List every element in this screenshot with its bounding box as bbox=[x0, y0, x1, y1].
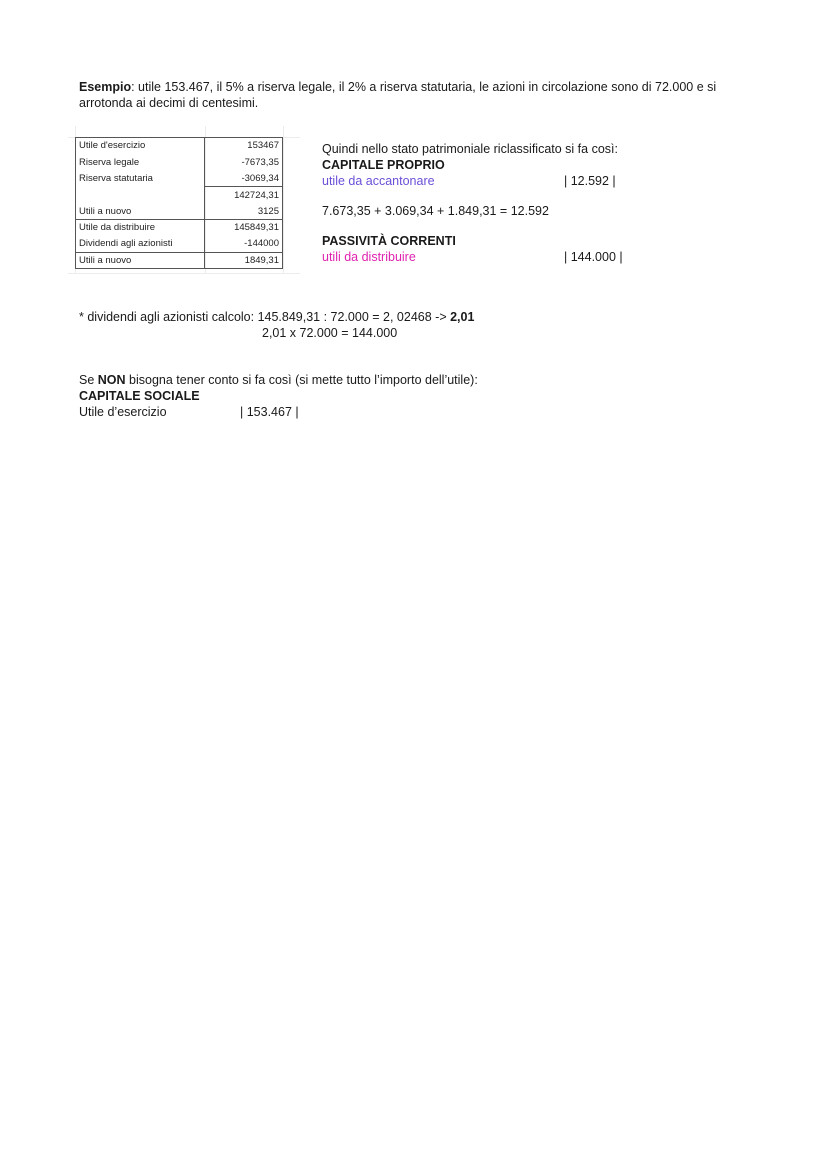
section-title-text: PASSIVITÀ CORRENTI bbox=[322, 234, 456, 248]
cell-label: Riserva legale bbox=[76, 154, 205, 170]
alt-prefix: Se bbox=[79, 373, 98, 387]
table-row: Riserva legale -7673,35 bbox=[76, 154, 283, 170]
item-value: | 12.592 | bbox=[564, 173, 616, 189]
cell-label: Utile da distribuire bbox=[76, 219, 205, 235]
calc-line2: 2,01 x 72.000 = 144.000 bbox=[262, 325, 397, 341]
section-title-capitale-sociale: CAPITALE SOCIALE bbox=[79, 388, 579, 404]
cell-value: 145849,31 bbox=[205, 219, 283, 235]
cell-value: -3069,34 bbox=[205, 170, 283, 186]
table-row: Riserva statutaria -3069,34 bbox=[76, 170, 283, 186]
cell-label: Utili a nuovo bbox=[76, 203, 205, 219]
item-utile-esercizio: Utile d’esercizio | 153.467 | bbox=[79, 404, 579, 420]
cell-label: Dividendi agli azionisti bbox=[76, 236, 205, 252]
dividend-calculation: * dividendi agli azionisti calcolo: 145.… bbox=[79, 309, 559, 325]
item-value: | 144.000 | bbox=[564, 249, 623, 265]
balance-sheet-notes: Quindi nello stato patrimoniale riclassi… bbox=[322, 141, 642, 265]
notes-intro: Quindi nello stato patrimoniale riclassi… bbox=[322, 141, 642, 157]
cell-value: 153467 bbox=[205, 138, 283, 154]
example-text: : utile 153.467, il 5% a riserva legale,… bbox=[79, 80, 716, 110]
cell-value: -144000 bbox=[205, 236, 283, 252]
table-row: Utili a nuovo 1849,31 bbox=[76, 252, 283, 268]
cell-value: 142724,31 bbox=[205, 187, 283, 203]
spacer bbox=[322, 219, 642, 233]
cell-label: Utili a nuovo bbox=[76, 252, 205, 268]
alt-intro: Se NON bisogna tener conto si fa così (s… bbox=[79, 372, 579, 388]
item-utili-distribuire: utili da distribuire | 144.000 | bbox=[322, 249, 642, 265]
alt-bold: NON bbox=[98, 373, 126, 387]
section-title-text: CAPITALE SOCIALE bbox=[79, 389, 200, 403]
spacer bbox=[322, 189, 642, 203]
cell-value: -7673,35 bbox=[205, 154, 283, 170]
gridline bbox=[68, 273, 300, 274]
table-row: 142724,31 bbox=[76, 187, 283, 203]
calc-line1-text: * dividendi agli azionisti calcolo: 145.… bbox=[79, 310, 450, 324]
section-title-capitale-proprio: CAPITALE PROPRIO bbox=[322, 157, 642, 173]
example-intro: Esempio: utile 153.467, il 5% a riserva … bbox=[79, 79, 739, 111]
table-row: Utili a nuovo 3125 bbox=[76, 203, 283, 219]
calc-line1-result: 2,01 bbox=[450, 310, 474, 324]
item-label: utile da accantonare bbox=[322, 174, 435, 188]
table-row: Dividendi agli azionisti -144000 bbox=[76, 236, 283, 252]
cell-label: Utile d'esercizio bbox=[76, 138, 205, 154]
cell-value: 3125 bbox=[205, 203, 283, 219]
cell-value: 1849,31 bbox=[205, 252, 283, 268]
item-value: | 153.467 | bbox=[240, 404, 299, 420]
table-row: Utile da distribuire 145849,31 bbox=[76, 219, 283, 235]
alt-suffix: bisogna tener conto si fa così (si mette… bbox=[126, 373, 478, 387]
cell-label bbox=[76, 187, 205, 203]
item-label: utili da distribuire bbox=[322, 250, 416, 264]
section-title-text: CAPITALE PROPRIO bbox=[322, 158, 445, 172]
section-title-passivita-correnti: PASSIVITÀ CORRENTI bbox=[322, 233, 642, 249]
table-row: Utile d'esercizio 153467 bbox=[76, 138, 283, 154]
equation: 7.673,35 + 3.069,34 + 1.849,31 = 12.592 bbox=[322, 203, 642, 219]
cell-label: Riserva statutaria bbox=[76, 170, 205, 186]
example-label: Esempio bbox=[79, 80, 131, 94]
alternative-case: Se NON bisogna tener conto si fa così (s… bbox=[79, 372, 579, 420]
gridline bbox=[283, 126, 284, 274]
spreadsheet-table: Utile d'esercizio 153467 Riserva legale … bbox=[68, 126, 300, 274]
calculation-table: Utile d'esercizio 153467 Riserva legale … bbox=[75, 137, 283, 269]
item-utile-accantonare: utile da accantonare | 12.592 | bbox=[322, 173, 642, 189]
item-label: Utile d’esercizio bbox=[79, 405, 167, 419]
